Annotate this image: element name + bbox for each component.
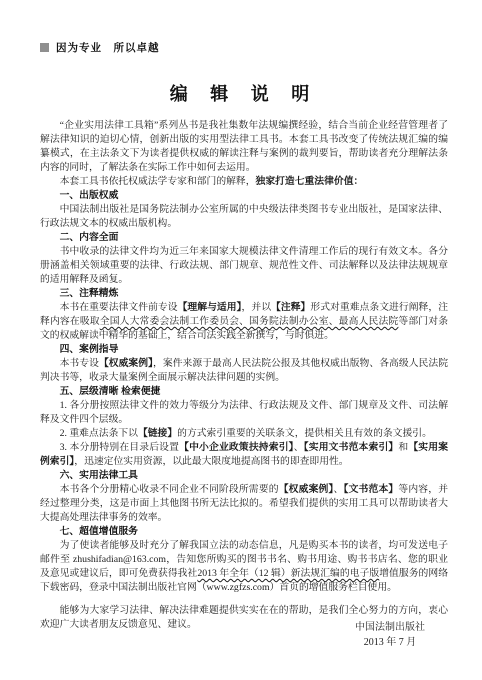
paragraph: 本书专设【权威案例】，案件来源于最高人民法院公报及其他权威出版物、各高级人民法院… (40, 357, 448, 385)
brand-slogan-text: 因为专业所以卓越 (56, 40, 160, 55)
body-text-segment: 和 (398, 442, 408, 453)
publisher-name: 中国法制出版社 (355, 620, 425, 635)
section-heading: 一、出版权威 (40, 189, 448, 203)
signature-block: 中国法制出版社 2013 年 7 月 (355, 620, 425, 650)
body-text-segment: 、 (294, 442, 304, 453)
emphasized-text: 【文书范本】 (344, 484, 399, 495)
emphasized-text: 【理解与适用】 (178, 302, 242, 313)
paragraph: 书中收录的法律文件均为近三年来国家大规模法律文件清理工作后的现行有效文本。各分册… (40, 245, 448, 287)
document-body: “企业实用法律工具箱”系列丛书是我社集数年法规编撰经验，结合当前企业经营管理者了… (40, 119, 448, 632)
paragraph: 本套工具书依托权威法学专家和部门的解释，独家打造七重法律价值： (40, 175, 448, 189)
body-text-segment: 一、出版权威 (60, 190, 119, 201)
paragraph: 为了使读者能够及时充分了解我国立法的动态信息，凡是购买本书的读者，均可发送电子邮… (40, 539, 448, 595)
body-text-segment: 中国法制出版社是国务院法制办公室所属的中央级法律类图书专业出版社，是国家法律、行… (40, 204, 448, 229)
body-text-segment: 的方式索引重要的关联条文，提供相关且有效的条文援引。 (177, 428, 432, 439)
document-page: 因为专业所以卓越 编 辑 说 明 “企业实用法律工具箱”系列丛书是我社集数年法规… (0, 0, 482, 680)
section-heading: 四、案例指导 (40, 343, 448, 357)
body-text-segment: 五、层级清晰 检索便捷 (60, 386, 161, 397)
body-text-segment: 本书各个分册精心收录不同企业不同阶段所需要的 (60, 484, 279, 495)
emphasized-text: 【链接】 (138, 428, 177, 439)
paragraph: 2. 重难点法条下以【链接】的方式索引重要的关联条文，提供相关且有效的条文援引。 (40, 427, 448, 441)
wavy-underlined-text: 2013 年全年（12 辑）新法规汇编的电子版 (197, 568, 379, 579)
section-heading: 三、注释精炼 (40, 287, 448, 301)
section-heading: 二、内容全面 (40, 231, 448, 245)
body-text-segment: 本套工具书依托权威法学专家和部门的解释， (60, 176, 256, 187)
body-text-segment: 3. 本分册特别在目录后设置 (60, 442, 180, 453)
body-text-segment: ，迅速定位实用资源，以此最大限度地提高图书的即查即用性。 (74, 456, 348, 467)
paragraph: 中国法制出版社是国务院法制办公室所属的中央级法律类图书专业出版社，是国家法律、行… (40, 203, 448, 231)
paragraph: 3. 本分册特别在目录后设置【中小企业政策扶持索引】、【实用文书范本索引】和【实… (40, 441, 448, 469)
emphasized-text: 【实用文书范本索引】 (304, 442, 399, 453)
body-text-segment: 七、超值增值服务 (60, 526, 138, 537)
section-heading: 六、实用法律工具 (40, 469, 448, 483)
emphasized-text: 【权威案例】 (279, 484, 334, 495)
section-heading: 七、超值增值服务 (40, 525, 448, 539)
publish-date: 2013 年 7 月 (355, 635, 425, 650)
paragraph: 本书在重要法律文件前专设【理解与适用】，并以【注释】形式对重难点条文进行阐释，注… (40, 301, 448, 343)
body-text-segment: 、 (334, 484, 344, 495)
brand-slogan-part2: 所以卓越 (114, 42, 160, 54)
body-text-segment: ，并以 (242, 302, 272, 313)
body-text-segment: 二、内容全面 (60, 232, 119, 243)
paragraph: 1. 各分册按照法律文件的效力等级分为法律、行政法规及文件、部门规章及文件、司法… (40, 399, 448, 427)
wavy-underlined-text: 全国人大常委会法制工作委员会、国务院法制办公室、最高人民法院 (100, 316, 399, 327)
brand-slogan-part1: 因为专业 (56, 42, 102, 54)
emphasized-text: 【权威案例】 (99, 358, 153, 369)
paragraph: 本书各个分册精心收录不同企业不同阶段所需要的【权威案例】、【文书范本】等内容，并… (40, 483, 448, 525)
section-heading: 五、层级清晰 检索便捷 (40, 385, 448, 399)
emphasized-text: 【中小企业政策扶持索引】 (179, 442, 294, 453)
page-title: 编 辑 说 明 (40, 80, 448, 106)
body-text-segment: 三、注释精炼 (60, 288, 119, 299)
brand-square-icon (40, 43, 49, 52)
body-text-segment: 本书在重要法律文件前专设 (60, 302, 178, 313)
body-text-segment: “企业实用法律工具箱”系列丛书是我社集数年法规编撰经验，结合当前企业经营管理者了… (40, 120, 448, 173)
emphasized-text: 【注释】 (271, 302, 310, 313)
body-text-segment: 1. 各分册按照法律文件的效力等级分为法律、行政法规及文件、部门规章及文件、司法… (40, 400, 448, 425)
body-text-segment: 书中收录的法律文件均为近三年来国家大规模法律文件清理工作后的现行有效文本。各分册… (40, 246, 448, 285)
brand-slogan: 因为专业所以卓越 (40, 40, 448, 55)
body-text-segment: 六、实用法律工具 (60, 470, 138, 481)
body-text-segment: 本书专设 (60, 358, 99, 369)
body-text-segment: 四、案例指导 (60, 344, 119, 355)
emphasized-text: 独家打造七重法律价值： (256, 176, 364, 187)
paragraph: “企业实用法律工具箱”系列丛书是我社集数年法规编撰经验，结合当前企业经营管理者了… (40, 119, 448, 175)
body-text-segment: 2. 重难点法条下以 (60, 428, 138, 439)
